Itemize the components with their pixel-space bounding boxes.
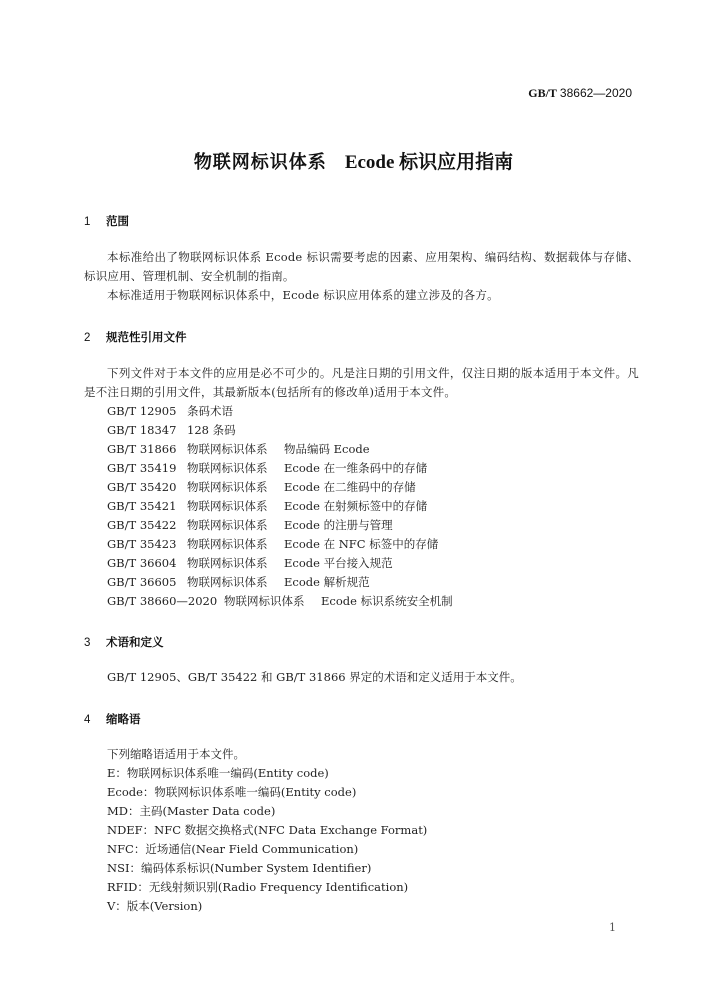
standard-code: 38662—2020 bbox=[560, 86, 632, 100]
reference-title-part1: 物联网标识体系 bbox=[187, 535, 284, 554]
reference-item: GB/T 35420物联网标识体系Ecode 在二维码中的存储 bbox=[107, 478, 416, 497]
scope-paragraph-1: 本标准给出了物联网标识体系 Ecode 标识需要考虑的因素、应用架构、编码结构、… bbox=[84, 248, 639, 286]
section-number: 3 bbox=[84, 637, 106, 649]
abbreviation-item: Ecode：物联网标识体系唯一编码(Entity code) bbox=[107, 783, 356, 802]
section-number: 4 bbox=[84, 714, 106, 726]
normative-references-paragraph: 下列文件对于本文件的应用是必不可少的。凡是注日期的引用文件，仅注日期的版本适用于… bbox=[84, 364, 639, 402]
reference-code: GB/T 36604 bbox=[107, 554, 187, 573]
title-cn: 物联网标识体系 bbox=[194, 152, 327, 173]
reference-item: GB/T 36605物联网标识体系Ecode 解析规范 bbox=[107, 573, 370, 592]
reference-title-part1: 物联网标识体系 bbox=[187, 478, 284, 497]
reference-title-part2: Ecode 平台接入规范 bbox=[284, 556, 393, 570]
reference-title-part1: 条码术语 bbox=[187, 402, 284, 421]
reference-title-part1: 128 条码 bbox=[187, 421, 284, 440]
reference-code: GB/T 35419 bbox=[107, 459, 187, 478]
reference-code: GB/T 35422 bbox=[107, 516, 187, 535]
reference-item: GB/T 36604物联网标识体系Ecode 平台接入规范 bbox=[107, 554, 393, 573]
reference-code: GB/T 18347 bbox=[107, 421, 187, 440]
reference-title-part1: 物联网标识体系 bbox=[187, 554, 284, 573]
section-heading-4: 4缩略语 bbox=[84, 711, 141, 727]
reference-code: GB/T 35423 bbox=[107, 535, 187, 554]
reference-title-part2: Ecode 的注册与管理 bbox=[284, 518, 393, 532]
reference-item: GB/T 35419物联网标识体系Ecode 在一维条码中的存储 bbox=[107, 459, 427, 478]
reference-title-part1: 物联网标识体系 bbox=[224, 592, 321, 611]
abbreviation-item: RFID：无线射频识别(Radio Frequency Identificati… bbox=[107, 878, 408, 897]
reference-title-part1: 物联网标识体系 bbox=[187, 516, 284, 535]
reference-code: GB/T 31866 bbox=[107, 440, 187, 459]
reference-title-part2: Ecode 在一维条码中的存储 bbox=[284, 461, 427, 475]
reference-title-part1: 物联网标识体系 bbox=[187, 497, 284, 516]
page-number: 1 bbox=[609, 921, 616, 934]
reference-title-part1: 物联网标识体系 bbox=[187, 440, 284, 459]
abbreviation-item: MD：主码(Master Data code) bbox=[107, 802, 275, 821]
title-en: Ecode 标识应用指南 bbox=[345, 152, 513, 173]
reference-title-part2: Ecode 在 NFC 标签中的存储 bbox=[284, 537, 438, 551]
abbreviation-item: V：版本(Version) bbox=[107, 897, 202, 916]
reference-code: GB/T 35420 bbox=[107, 478, 187, 497]
reference-item: GB/T 31866物联网标识体系物品编码 Ecode bbox=[107, 440, 370, 459]
standard-number: GB/T 38662—2020 bbox=[528, 86, 632, 101]
section-heading-3: 3术语和定义 bbox=[84, 634, 164, 650]
reference-item: GB/T 35421物联网标识体系Ecode 在射频标签中的存储 bbox=[107, 497, 427, 516]
terms-paragraph: GB/T 12905、GB/T 35422 和 GB/T 31866 界定的术语… bbox=[107, 668, 522, 687]
reference-code: GB/T 38660—2020 bbox=[107, 592, 224, 611]
section-title: 缩略语 bbox=[106, 712, 141, 726]
reference-code: GB/T 12905 bbox=[107, 402, 187, 421]
section-heading-2: 2规范性引用文件 bbox=[84, 329, 187, 345]
abbreviations-intro: 下列缩略语适用于本文件。 bbox=[107, 745, 245, 764]
reference-title-part2: Ecode 解析规范 bbox=[284, 575, 370, 589]
reference-title-part2: 物品编码 Ecode bbox=[284, 442, 370, 456]
abbreviation-item: NFC：近场通信(Near Field Communication) bbox=[107, 840, 358, 859]
abbreviation-item: NDEF：NFC 数据交换格式(NFC Data Exchange Format… bbox=[107, 821, 427, 840]
abbreviation-item: NSI：编码体系标识(Number System Identifier) bbox=[107, 859, 371, 878]
section-number: 2 bbox=[84, 332, 106, 344]
section-title: 规范性引用文件 bbox=[106, 330, 187, 344]
reference-item: GB/T 18347128 条码 bbox=[107, 421, 284, 440]
standard-prefix: GB/T bbox=[528, 86, 557, 100]
reference-title-part1: 物联网标识体系 bbox=[187, 459, 284, 478]
section-title: 范围 bbox=[106, 214, 129, 228]
reference-title-part2: Ecode 在射频标签中的存储 bbox=[284, 499, 427, 513]
reference-item: GB/T 38660—2020物联网标识体系Ecode 标识系统安全机制 bbox=[107, 592, 453, 611]
reference-code: GB/T 36605 bbox=[107, 573, 187, 592]
reference-code: GB/T 35421 bbox=[107, 497, 187, 516]
abbreviation-item: E：物联网标识体系唯一编码(Entity code) bbox=[107, 764, 329, 783]
section-title: 术语和定义 bbox=[106, 635, 164, 649]
reference-title-part2: Ecode 在二维码中的存储 bbox=[284, 480, 416, 494]
reference-item: GB/T 35423物联网标识体系Ecode 在 NFC 标签中的存储 bbox=[107, 535, 438, 554]
reference-title-part2: Ecode 标识系统安全机制 bbox=[321, 594, 453, 608]
scope-paragraph-2: 本标准适用于物联网标识体系中，Ecode 标识应用体系的建立涉及的各方。 bbox=[84, 286, 639, 305]
reference-item: GB/T 12905条码术语 bbox=[107, 402, 284, 421]
reference-item: GB/T 35422物联网标识体系Ecode 的注册与管理 bbox=[107, 516, 393, 535]
reference-title-part1: 物联网标识体系 bbox=[187, 573, 284, 592]
section-heading-1: 1范围 bbox=[84, 213, 129, 229]
document-title: 物联网标识体系Ecode 标识应用指南 bbox=[0, 147, 707, 174]
section-number: 1 bbox=[84, 216, 106, 228]
